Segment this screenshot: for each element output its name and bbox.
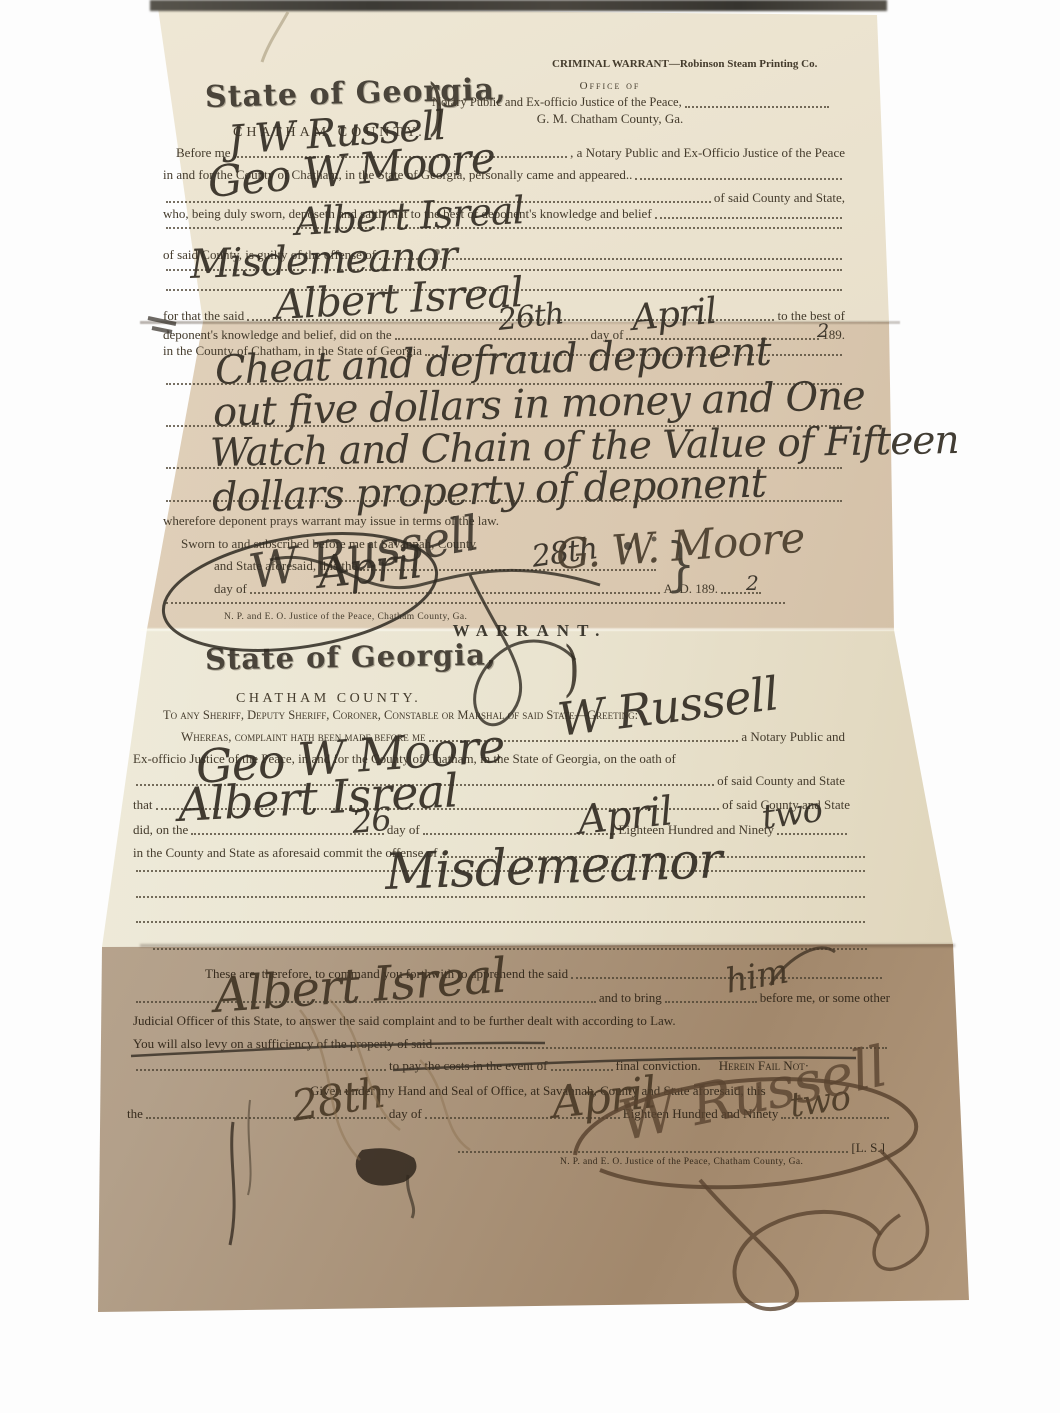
- dotted-filler: [665, 1001, 757, 1003]
- dotted-filler: [166, 500, 842, 502]
- dotted-filler: [136, 1001, 596, 1003]
- printer-tag: CRIMINAL WARRANT—Robinson Steam Printing…: [552, 58, 832, 72]
- office-location-text: G. M. Chatham County, Ga.: [537, 111, 683, 127]
- photo-top-dark-edge: [150, 0, 887, 11]
- warrant-county-heading: CHATHAM COUNTY.: [236, 690, 421, 708]
- dotted-filler: [166, 602, 785, 604]
- of-said-county-text: of said County and State: [717, 773, 845, 789]
- and-to-bring-label: and to bring: [599, 990, 662, 1006]
- office-title-line: Notary Public and Ex-officio Justice of …: [432, 95, 832, 111]
- dotted-filler: [136, 921, 865, 923]
- dotted-filler: [635, 178, 842, 180]
- judicial-line: Judicial Officer of this State, to answe…: [133, 1013, 676, 1029]
- the-label: the: [127, 1106, 143, 1122]
- did-on-label: deponent's knowledge and belief, did on …: [163, 327, 392, 343]
- office-of-text: Office of: [580, 80, 641, 94]
- to-best-of-text: to the best of: [777, 308, 845, 324]
- warrant-footer: N. P. and E. O. Justice of the Peace, Ch…: [560, 1157, 803, 1169]
- warrant-did-on-label: did, on the: [133, 822, 188, 838]
- office-location-line: G. M. Chatham County, Ga.: [445, 111, 775, 127]
- handwritten-sworn-year: 2: [746, 571, 758, 595]
- levy-text: You will also levy on a sufficiency of t…: [133, 1036, 432, 1052]
- dotted-filler: [458, 1151, 848, 1153]
- judicial-text: Judicial Officer of this State, to answe…: [133, 1013, 676, 1029]
- that-label: that: [133, 797, 153, 813]
- of-said-county-text: of said County and State,: [714, 190, 845, 206]
- handwritten-warrant-day: 26: [350, 800, 392, 841]
- given-day-of-label: day of: [389, 1106, 422, 1122]
- dotted-filler: [685, 106, 829, 108]
- handwritten-year: 2: [817, 320, 828, 342]
- office-of-line: Office of: [445, 80, 775, 94]
- handwritten-warrant-year: two: [759, 790, 824, 838]
- for-that-label: for that the said: [163, 308, 244, 324]
- notary-suffix-text: a Notary Public and: [741, 729, 845, 745]
- dotted-filler: [655, 217, 842, 219]
- blank-dotted-line: [163, 500, 845, 505]
- dotted-filler: [153, 948, 867, 950]
- sworn3-label: day of: [214, 581, 247, 597]
- levy-line: You will also levy on a sufficiency of t…: [133, 1036, 890, 1052]
- warrant-state-heading: State of Georgia,: [205, 637, 498, 676]
- blank-dotted-line: [133, 896, 868, 901]
- warrant-did-on-line: did, on the day of Eighteen Hundred and …: [133, 822, 850, 838]
- document-photo: CRIMINAL WARRANT—Robinson Steam Printing…: [0, 0, 1060, 1413]
- handwritten-day: 26th: [496, 296, 565, 338]
- dotted-filler: [136, 896, 865, 898]
- notary-title-text: , a Notary Public and Ex-Officio Justice…: [570, 145, 845, 161]
- handwritten-warrant-offense: Misdemeanor: [384, 831, 722, 901]
- blank-dotted-line: [150, 948, 870, 953]
- dotted-filler: [551, 1069, 613, 1071]
- pay-costs-text: to pay the costs in the event of: [389, 1058, 548, 1074]
- ls-seal-label: [L. S.]: [851, 1140, 885, 1156]
- printer-tag-text: CRIMINAL WARRANT—Robinson Steam Printing…: [552, 58, 817, 72]
- office-title-text: Notary Public and Ex-officio Justice of …: [432, 95, 682, 111]
- dotted-filler: [250, 592, 661, 594]
- warrant-county-text: CHATHAM COUNTY.: [236, 690, 421, 708]
- dotted-filler: [136, 1069, 386, 1071]
- warrant-footer-text: N. P. and E. O. Justice of the Peace, Ch…: [560, 1157, 803, 1169]
- blank-dotted-line: [133, 921, 868, 926]
- signature-dotted-line: [163, 602, 788, 607]
